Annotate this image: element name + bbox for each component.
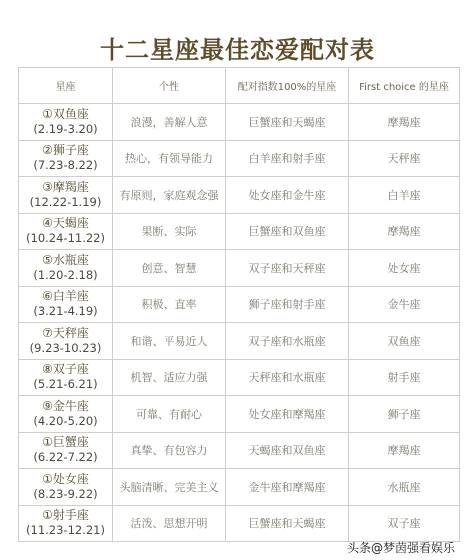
header-personality: 个性	[113, 68, 226, 104]
first-choice-cell: 摩羯座	[349, 104, 460, 141]
page-title: 十二星座最佳恋爱配对表	[0, 30, 475, 65]
table-row: ⑥白羊座(3.21-4.19) 积极、直率 狮子座和射手座 金牛座	[19, 286, 460, 323]
first-choice-cell: 摩羯座	[349, 432, 460, 469]
personality-cell: 积极、直率	[113, 286, 226, 323]
table-header-row: 星座 个性 配对指数100%的星座 First choice 的星座	[19, 68, 460, 104]
match100-cell: 巨蟹座和天蝎座	[226, 505, 349, 542]
sign-name: ⑨金牛座	[19, 399, 112, 414]
header-sign: 星座	[19, 68, 113, 104]
sign-cell: ①巨蟹座(6.22-7.22)	[19, 432, 113, 469]
sign-cell: ④天蝎座(10.24-11.22)	[19, 213, 113, 250]
match100-cell: 天蝎座和双鱼座	[226, 432, 349, 469]
sign-cell: ⑧双子座(5.21-6.21)	[19, 359, 113, 396]
personality-cell: 可靠、有耐心	[113, 396, 226, 433]
header-match100: 配对指数100%的星座	[226, 68, 349, 104]
sign-cell: ③摩羯座(12.22-1.19)	[19, 177, 113, 214]
personality-cell: 活泼、思想开明	[113, 505, 226, 542]
sign-cell: ①射手座(11.23-12.21)	[19, 505, 113, 542]
table-row: ①双鱼座(2.19-3.20) 浪漫，善解人意 巨蟹座和天蝎座 摩羯座	[19, 104, 460, 141]
sign-cell: ⑤水瓶座(1.20-2.18)	[19, 250, 113, 287]
sign-cell: ⑥白羊座(3.21-4.19)	[19, 286, 113, 323]
table-row: ①射手座(11.23-12.21) 活泼、思想开明 巨蟹座和天蝎座 双子座	[19, 505, 460, 542]
match100-cell: 狮子座和射手座	[226, 286, 349, 323]
sign-name: ①射手座	[19, 508, 112, 523]
table-row: ⑨金牛座(4.20-5.20) 可靠、有耐心 处女座和摩羯座 狮子座	[19, 396, 460, 433]
table-row: ④天蝎座(10.24-11.22) 果断、实际 巨蟹座和双鱼座 摩羯座	[19, 213, 460, 250]
personality-cell: 热心，有领导能力	[113, 140, 226, 177]
match100-cell: 双子座和水瓶座	[226, 323, 349, 360]
sign-dates: (11.23-12.21)	[19, 523, 112, 538]
sign-dates: (3.21-4.19)	[19, 304, 112, 319]
sign-name: ①巨蟹座	[19, 435, 112, 450]
sign-name: ①双鱼座	[19, 107, 112, 122]
sign-cell: ⑨金牛座(4.20-5.20)	[19, 396, 113, 433]
first-choice-cell: 水瓶座	[349, 469, 460, 506]
match100-cell: 巨蟹座和双鱼座	[226, 213, 349, 250]
match100-cell: 金牛座和摩羯座	[226, 469, 349, 506]
first-choice-cell: 双鱼座	[349, 323, 460, 360]
match100-cell: 天秤座和水瓶座	[226, 359, 349, 396]
sign-name: ④天蝎座	[19, 216, 112, 231]
sign-name: ③摩羯座	[19, 180, 112, 195]
personality-cell: 果断、实际	[113, 213, 226, 250]
table-row: ①巨蟹座(6.22-7.22) 真挚、有包容力 天蝎座和双鱼座 摩羯座	[19, 432, 460, 469]
match100-cell: 白羊座和射手座	[226, 140, 349, 177]
sign-dates: (4.20-5.20)	[19, 414, 112, 429]
match100-cell: 处女座和摩羯座	[226, 396, 349, 433]
table-row: ⑦天秤座(9.23-10.23) 和谐、平易近人 双子座和水瓶座 双鱼座	[19, 323, 460, 360]
sign-name: ⑥白羊座	[19, 289, 112, 304]
sign-name: ①处女座	[19, 472, 112, 487]
sign-name: ⑧双子座	[19, 362, 112, 377]
table-row: ②狮子座(7.23-8.22) 热心，有领导能力 白羊座和射手座 天秤座	[19, 140, 460, 177]
zodiac-match-table: 星座 个性 配对指数100%的星座 First choice 的星座 ①双鱼座(…	[18, 67, 460, 542]
personality-cell: 和谐、平易近人	[113, 323, 226, 360]
sign-cell: ①双鱼座(2.19-3.20)	[19, 104, 113, 141]
sign-dates: (1.20-2.18)	[19, 268, 112, 283]
table-row: ⑧双子座(5.21-6.21) 机智、适应力强 天秤座和水瓶座 射手座	[19, 359, 460, 396]
first-choice-cell: 天秤座	[349, 140, 460, 177]
personality-cell: 创意、智慧	[113, 250, 226, 287]
source-watermark: 头条@梦茵强看娱乐	[347, 539, 455, 556]
first-choice-cell: 双子座	[349, 505, 460, 542]
table-row: ③摩羯座(12.22-1.19) 有原则，家庭观念强 处女座和金牛座 白羊座	[19, 177, 460, 214]
sign-dates: (7.23-8.22)	[19, 158, 112, 173]
first-choice-cell: 摩羯座	[349, 213, 460, 250]
sign-dates: (8.23-9.22)	[19, 487, 112, 502]
first-choice-cell: 狮子座	[349, 396, 460, 433]
personality-cell: 真挚、有包容力	[113, 432, 226, 469]
header-first-choice: First choice 的星座	[349, 68, 460, 104]
match100-cell: 处女座和金牛座	[226, 177, 349, 214]
first-choice-cell: 射手座	[349, 359, 460, 396]
sign-dates: (6.22-7.22)	[19, 450, 112, 465]
sign-dates: (2.19-3.20)	[19, 122, 112, 137]
personality-cell: 浪漫，善解人意	[113, 104, 226, 141]
sign-name: ⑦天秤座	[19, 326, 112, 341]
sign-cell: ②狮子座(7.23-8.22)	[19, 140, 113, 177]
first-choice-cell: 白羊座	[349, 177, 460, 214]
table-row: ⑤水瓶座(1.20-2.18) 创意、智慧 双子座和天秤座 处女座	[19, 250, 460, 287]
first-choice-cell: 处女座	[349, 250, 460, 287]
personality-cell: 头脑清晰、完美主义	[113, 469, 226, 506]
match100-cell: 巨蟹座和天蝎座	[226, 104, 349, 141]
sign-name: ②狮子座	[19, 143, 112, 158]
sign-cell: ①处女座(8.23-9.22)	[19, 469, 113, 506]
sign-dates: (10.24-11.22)	[19, 231, 112, 246]
personality-cell: 机智、适应力强	[113, 359, 226, 396]
sign-name: ⑤水瓶座	[19, 253, 112, 268]
sign-dates: (12.22-1.19)	[19, 195, 112, 210]
table-row: ①处女座(8.23-9.22) 头脑清晰、完美主义 金牛座和摩羯座 水瓶座	[19, 469, 460, 506]
sign-dates: (5.21-6.21)	[19, 377, 112, 392]
first-choice-cell: 金牛座	[349, 286, 460, 323]
sign-cell: ⑦天秤座(9.23-10.23)	[19, 323, 113, 360]
match100-cell: 双子座和天秤座	[226, 250, 349, 287]
sign-dates: (9.23-10.23)	[19, 341, 112, 356]
personality-cell: 有原则，家庭观念强	[113, 177, 226, 214]
